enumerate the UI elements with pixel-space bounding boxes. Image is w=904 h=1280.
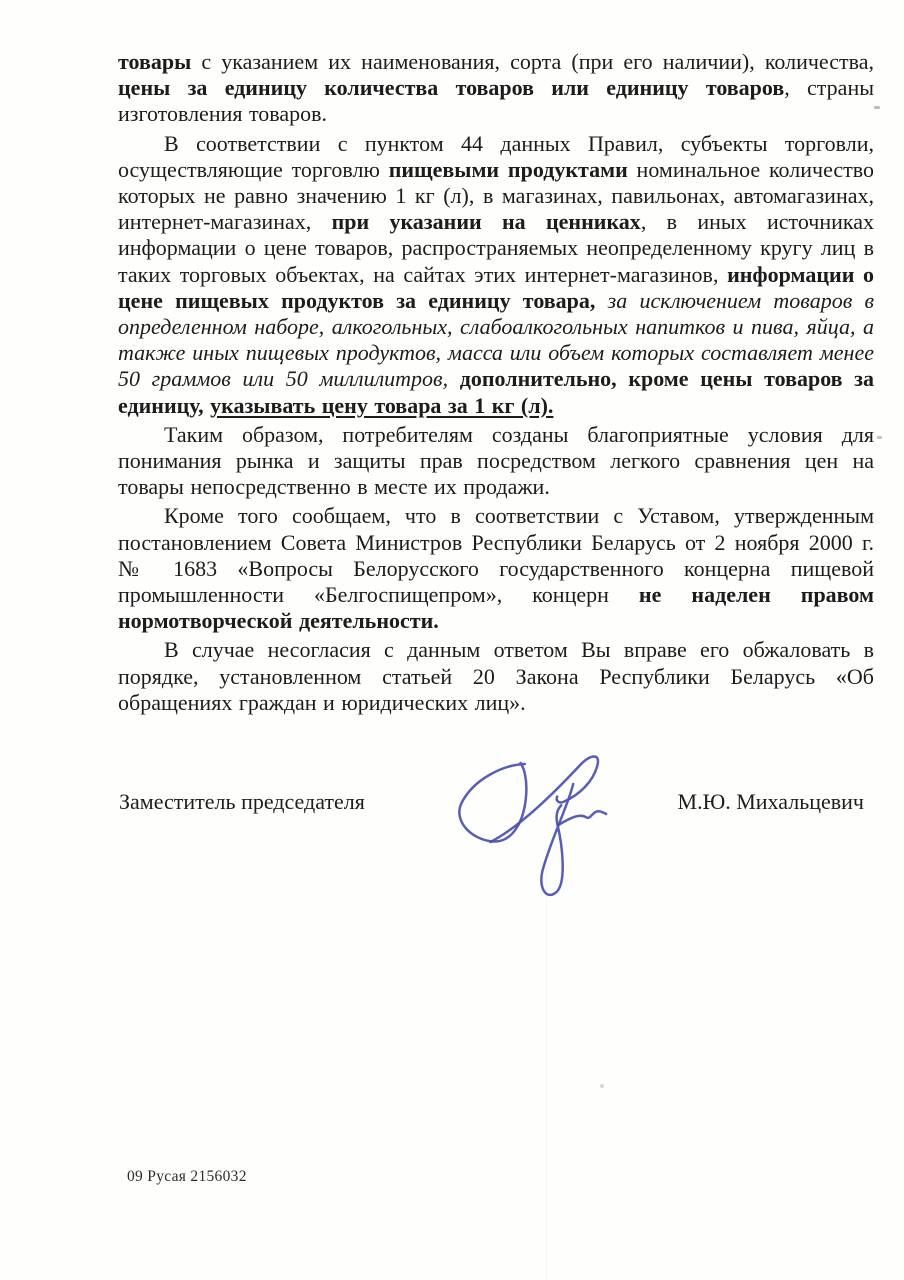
text-run <box>448 366 460 391</box>
paragraph-p1: товары с указанием их наименования, сорт… <box>118 49 874 128</box>
text-run: В случае несогласия с данным ответом Вы … <box>118 637 874 714</box>
paper-crease-line <box>546 860 547 1280</box>
text-run: цены за единицу количества товаров или е… <box>118 75 784 100</box>
paragraph-p5: В случае несогласия с данным ответом Вы … <box>118 637 874 716</box>
text-run: пищевыми продуктами <box>389 157 628 182</box>
scan-speck <box>874 106 880 109</box>
paragraph-p4: Кроме того сообщаем, что в соответствии … <box>118 503 874 634</box>
scan-speck <box>600 1084 604 1088</box>
text-run: с указанием их наименования, сорта (при … <box>191 49 874 74</box>
paragraph-p2: В соответствии с пунктом 44 данных Прави… <box>118 131 874 419</box>
text-run: товары <box>118 49 191 74</box>
signature-stroke-flourish <box>558 811 606 825</box>
scan-speck <box>877 436 882 439</box>
signer-name: М.Ю. Михальцевич <box>678 789 864 815</box>
handwritten-signature-ink <box>440 748 626 920</box>
document-body: товары с указанием их наименования, сорт… <box>118 49 874 719</box>
document-page: товары с указанием их наименования, сорт… <box>0 0 904 1280</box>
signature-stroke-loop <box>459 763 526 842</box>
scanned-letter-screenshot: { "document": { "paragraphs": [ { "id": … <box>0 0 904 1280</box>
text-run: Таким образом, потребителям созданы благ… <box>118 422 874 499</box>
text-run <box>595 288 607 313</box>
paragraph-p3: Таким образом, потребителям созданы благ… <box>118 422 874 501</box>
signature-stroke-rise <box>491 756 598 842</box>
signer-position-label: Заместитель председателя <box>119 789 365 815</box>
text-run: указывать цену товара за 1 кг (л). <box>210 393 553 418</box>
text-run: при указании на ценниках <box>332 209 641 234</box>
footer-reference: 09 Русая 2156032 <box>127 1168 247 1186</box>
